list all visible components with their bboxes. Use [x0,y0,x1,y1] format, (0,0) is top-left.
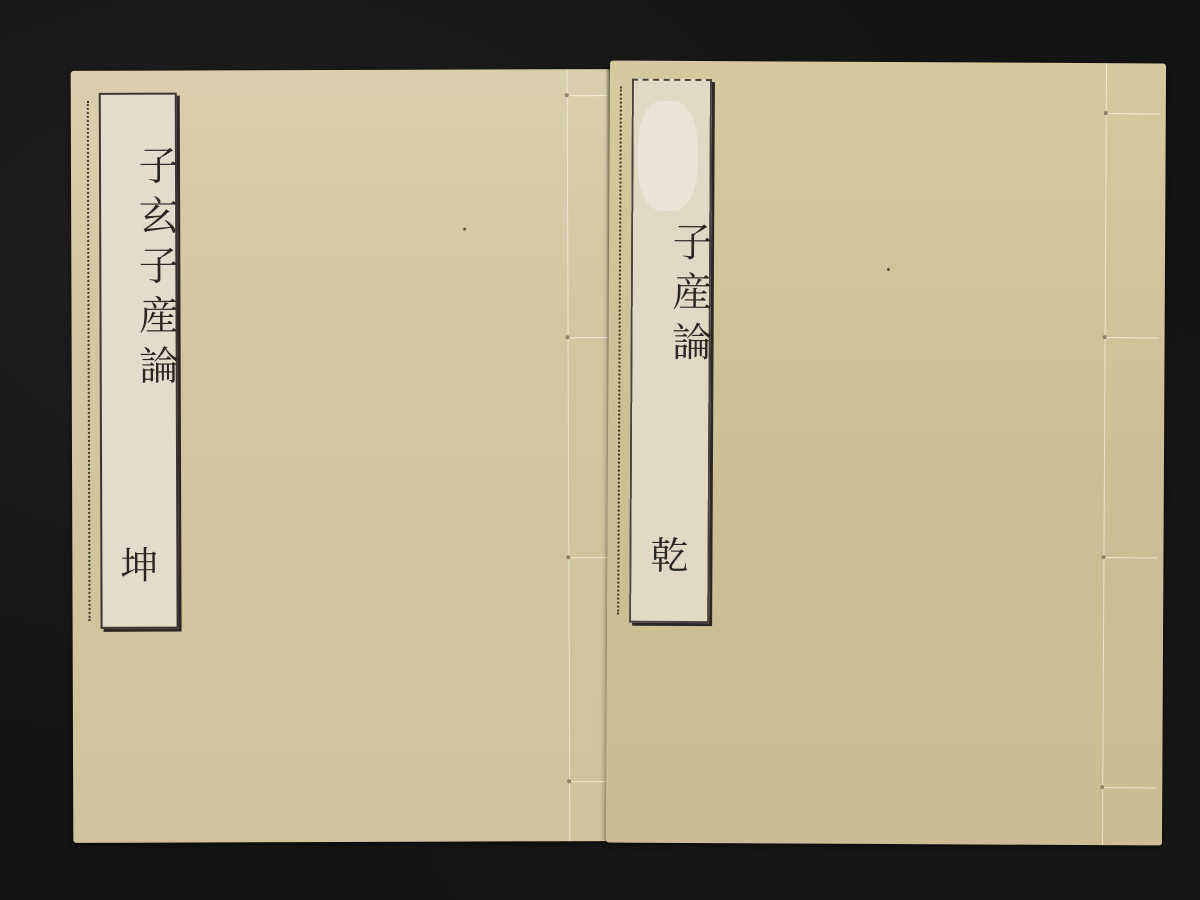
stitch-hole [1103,335,1107,339]
book-volume-ken: 子産論 乾 [606,61,1166,846]
stitch-hole [566,335,570,339]
binding-thread [568,557,608,558]
binding-thread [567,95,607,96]
stitch-hole [565,93,569,97]
book-volume-kon: 子玄子産論 坤 [71,69,614,843]
volume-label: 坤 [102,535,176,590]
paper-speck [887,268,890,271]
stitch-hole [1104,111,1108,115]
binding-thread [569,781,609,782]
title-slip: 子玄子産論 坤 [99,93,179,629]
book-title: 子玄子産論 [115,145,176,395]
slip-border-line [617,87,622,615]
slip-border-line [87,101,91,621]
binding-thread [568,337,608,338]
stitch-hole [1101,555,1105,559]
volume-label: 乾 [631,525,707,580]
binding-margin [1102,63,1165,845]
stitch-hole [1100,785,1104,789]
title-slip: 子産論 乾 [629,79,712,623]
stitch-hole [567,779,571,783]
paper-speck [463,228,466,231]
book-title: 子産論 [646,221,709,371]
stitch-hole [566,555,570,559]
worn-area [637,101,698,211]
